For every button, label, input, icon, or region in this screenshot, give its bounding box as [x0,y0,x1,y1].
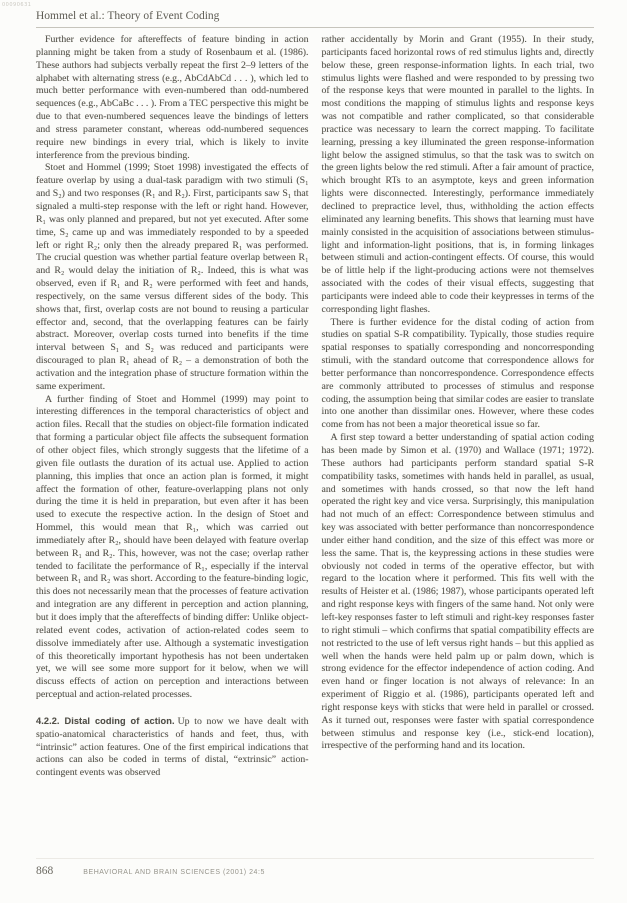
left-column: Further evidence for aftereffects of fea… [36,34,309,780]
right-column: rather accidentally by Morin and Grant (… [322,34,595,780]
paragraph: A first step toward a better understandi… [322,432,595,753]
footer: 868 BEHAVIORAL AND BRAIN SCIENCES (2001)… [36,865,594,877]
paragraph-text: rather accidentally by Morin and Grant (… [322,34,595,315]
paragraph: Stoet and Hommel (1999; Stoet 1998) inve… [36,162,309,393]
paragraph-text: Further evidence for aftereffects of fea… [36,34,309,161]
page-number: 868 [36,865,53,877]
footer-rule [36,858,594,859]
paragraph: rather accidentally by Morin and Grant (… [322,34,595,317]
section-heading: 4.2.2. Distal coding of action. [36,716,175,726]
text-columns: Further evidence for aftereffects of fea… [36,34,594,780]
journal-page: 00090631 Hommel et al.: Theory of Event … [0,0,627,903]
paragraph-text: There is further evidence for the distal… [322,317,595,431]
paragraph: A further finding of Stoet and Hommel (1… [36,394,309,702]
running-head: Hommel et al.: Theory of Event Coding [36,10,219,22]
paragraph: Further evidence for aftereffects of fea… [36,34,309,162]
header-rule [36,27,594,28]
paragraph-text: Stoet and Hommel (1999; Stoet 1998) inve… [36,162,309,391]
paragraph: 4.2.2. Distal coding of action.Up to now… [36,715,309,780]
paragraph: There is further evidence for the distal… [322,317,595,433]
journal-citation: BEHAVIORAL AND BRAIN SCIENCES (2001) 24:… [83,869,265,876]
scan-id: 00090631 [2,2,31,8]
paragraph-text: A further finding of Stoet and Hommel (1… [36,394,309,700]
paragraph-text: A first step toward a better understandi… [322,432,595,751]
